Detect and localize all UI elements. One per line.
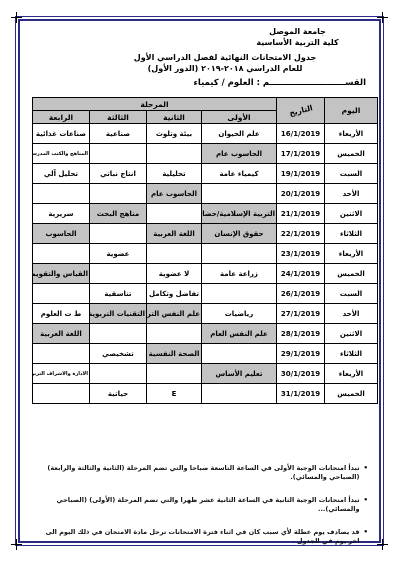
stage-group-header: المرحلة — [32, 98, 276, 111]
subject-cell: بيئة وتلوث — [147, 124, 202, 144]
date-cell: 30/1/2019 — [277, 364, 325, 384]
day-cell: السبت — [325, 284, 378, 304]
day-cell: الثلاثاء — [325, 224, 378, 244]
day-cell: الاثنين — [325, 204, 378, 224]
stage-header-first: الأولى — [202, 111, 277, 124]
schedule-title: جدول الامتحانات النهائية لفصل الدراسي ال… — [120, 52, 330, 63]
subject-cell: التقنيات التربوية — [90, 304, 147, 324]
exam-table-body: الأربعاء16/1/2019علم الحيوانبيئة وتلوثصن… — [32, 124, 377, 404]
subject-cell: الصحة النفسية — [147, 344, 202, 364]
subject-cell — [202, 184, 277, 204]
table-row: الأحد20/1/2019الحاسوب عام — [32, 184, 377, 204]
subject-cell: الحاسوب عام — [147, 184, 202, 204]
day-cell: الأربعاء — [325, 124, 378, 144]
subject-cell — [147, 364, 202, 384]
academic-year: للعام الدراسي ٢٠١٨-٢٠١٩ (الدور الأول) — [120, 63, 330, 74]
subject-cell: علم النفس العام — [202, 324, 277, 344]
subject-cell: حقوق الإنسان — [202, 224, 277, 244]
table-row: السبت19/1/2019كيمياء عامةتحليليةانتاج نب… — [32, 164, 377, 184]
subject-cell — [202, 244, 277, 264]
bullet-icon: • — [364, 496, 368, 505]
date-cell: 26/1/2019 — [277, 284, 325, 304]
subject-cell — [147, 204, 202, 224]
document-page: { "page": { "org_line1": "جامعة الموصل",… — [0, 0, 400, 566]
subject-cell: زراعة عامة — [202, 264, 277, 284]
stage-header-second: الثانية — [147, 111, 202, 124]
subject-cell: اللغة العربية — [147, 224, 202, 244]
note-item: • تبدأ امتحانات الوجبة الأولى في الساعة … — [34, 464, 368, 482]
department-line: القســــــــــــــــــــــــــم : العلوم… — [194, 78, 366, 88]
subject-cell: التربية الإسلامية/حضارة — [202, 204, 277, 224]
stage-header-third: الثالثة — [90, 111, 147, 124]
subject-cell: صناعات غذائية — [32, 124, 89, 144]
table-row: الأحد27/1/2019رياضياتعلم النفس التربويال… — [32, 304, 377, 324]
date-column-header: التاريخ — [277, 98, 325, 124]
day-cell: الأحد — [325, 304, 378, 324]
subject-cell: سريرية — [32, 204, 89, 224]
subject-cell: تناسقية — [90, 284, 147, 304]
bullet-icon: • — [364, 464, 368, 473]
note-text: قد يصادف يوم عطلة لأي سبب كان في اثناء ف… — [34, 528, 360, 546]
table-row: الخميس17/1/2019الحاسوب عامالمناهج والكتب… — [32, 144, 377, 164]
subject-cell — [147, 324, 202, 344]
subject-cell — [32, 284, 89, 304]
day-cell: الثلاثاء — [325, 344, 378, 364]
subject-cell — [90, 324, 147, 344]
subject-cell: رياضيات — [202, 304, 277, 324]
date-cell: 21/1/2019 — [277, 204, 325, 224]
date-cell: 19/1/2019 — [277, 164, 325, 184]
date-cell: 23/1/2019 — [277, 244, 325, 264]
day-cell: السبت — [325, 164, 378, 184]
footnotes: • تبدأ امتحانات الوجبة الأولى في الساعة … — [34, 464, 368, 560]
subject-cell — [32, 384, 89, 404]
note-item: • قد يصادف يوم عطلة لأي سبب كان في اثناء… — [34, 528, 368, 546]
corner-ornament-icon — [377, 539, 388, 550]
subject-cell: تشخيصي — [90, 344, 147, 364]
subject-cell: انتاج نباتي — [90, 164, 147, 184]
subject-cell — [90, 184, 147, 204]
subject-cell: ط ت العلوم — [32, 304, 89, 324]
table-row: الاثنين21/1/2019التربية الإسلامية/حضارةم… — [32, 204, 377, 224]
subject-cell — [202, 284, 277, 304]
subject-cell — [202, 344, 277, 364]
corner-ornament-icon — [11, 539, 22, 550]
stage-header-fourth: الرابعة — [32, 111, 89, 124]
table-header: اليوم التاريخ المرحلة الأولى الثانية الث… — [32, 98, 377, 124]
subject-cell — [90, 144, 147, 164]
date-cell: 22/1/2019 — [277, 224, 325, 244]
subject-cell: المناهج والكتب المدرسية — [32, 144, 89, 164]
subject-cell: تعليم الأساس — [202, 364, 277, 384]
table-row: الأربعاء30/1/2019تعليم الأساسالادارة وال… — [32, 364, 377, 384]
day-cell: الأحد — [325, 184, 378, 204]
subject-cell: الحاسوب عام — [202, 144, 277, 164]
university-name: جامعة الموصل — [225, 26, 370, 37]
note-text: تبدأ امتحانات الوجبة الثانية في الساعة ا… — [34, 496, 360, 514]
document-title: جدول الامتحانات النهائية لفصل الدراسي ال… — [120, 52, 330, 74]
subject-cell: مناهج البحث — [90, 204, 147, 224]
table-row: الاثنين28/1/2019علم النفس العاماللغة الع… — [32, 324, 377, 344]
note-item: • تبدأ امتحانات الوجبة الثانية في الساعة… — [34, 496, 368, 514]
corner-ornament-icon — [377, 12, 388, 23]
date-cell: 20/1/2019 — [277, 184, 325, 204]
subject-cell: القياس والتقويم — [32, 264, 89, 284]
subject-cell — [202, 384, 277, 404]
college-name: كلية التربية الأساسية — [225, 37, 370, 48]
subject-cell — [147, 144, 202, 164]
date-cell: 27/1/2019 — [277, 304, 325, 324]
table-row: السبت26/1/2019تفاضل وتكاملتناسقية — [32, 284, 377, 304]
table-row: الأربعاء23/1/2019عضوية — [32, 244, 377, 264]
date-cell: 29/1/2019 — [277, 344, 325, 364]
subject-cell: لا عضوية — [147, 264, 202, 284]
subject-cell — [32, 344, 89, 364]
day-cell: الخميس — [325, 264, 378, 284]
subject-cell: حياتية — [90, 384, 147, 404]
day-cell: الخميس — [325, 384, 378, 404]
day-cell: الأربعاء — [325, 364, 378, 384]
subject-cell: تحليلية — [147, 164, 202, 184]
subject-cell: الادارة والاشراف التربوي — [32, 364, 89, 384]
date-header-label: التاريخ — [288, 103, 313, 117]
subject-cell — [32, 244, 89, 264]
subject-cell: عضوية — [90, 244, 147, 264]
table-row: الخميس31/1/2019Eحياتية — [32, 384, 377, 404]
subject-cell: تفاضل وتكامل — [147, 284, 202, 304]
corner-ornament-icon — [11, 12, 22, 23]
date-cell: 28/1/2019 — [277, 324, 325, 344]
subject-cell: تحليل آلي — [32, 164, 89, 184]
subject-cell: اللغة العربية — [32, 324, 89, 344]
subject-cell: E — [147, 384, 202, 404]
date-cell: 17/1/2019 — [277, 144, 325, 164]
subject-cell — [32, 184, 89, 204]
day-cell: الخميس — [325, 144, 378, 164]
table-row: الأربعاء16/1/2019علم الحيوانبيئة وتلوثصن… — [32, 124, 377, 144]
table-row: الثلاثاء29/1/2019الصحة النفسيةتشخيصي — [32, 344, 377, 364]
date-cell: 16/1/2019 — [277, 124, 325, 144]
subject-cell: صناعية — [90, 124, 147, 144]
table-row: الثلاثاء22/1/2019حقوق الإنساناللغة العرب… — [32, 224, 377, 244]
day-column-header: اليوم — [325, 98, 378, 124]
subject-cell: علم النفس التربوي — [147, 304, 202, 324]
subject-cell: الحاسوب — [32, 224, 89, 244]
subject-cell — [90, 364, 147, 384]
subject-cell: كيمياء عامة — [202, 164, 277, 184]
subject-cell: علم الحيوان — [202, 124, 277, 144]
subject-cell — [90, 264, 147, 284]
exam-schedule-table: اليوم التاريخ المرحلة الأولى الثانية الث… — [32, 97, 378, 404]
date-cell: 31/1/2019 — [277, 384, 325, 404]
date-cell: 24/1/2019 — [277, 264, 325, 284]
bullet-icon: • — [364, 528, 368, 537]
subject-cell — [90, 224, 147, 244]
day-cell: الاثنين — [325, 324, 378, 344]
subject-cell — [147, 244, 202, 264]
day-cell: الأربعاء — [325, 244, 378, 264]
organization-header: جامعة الموصل كلية التربية الأساسية — [225, 26, 370, 48]
table-row: الخميس24/1/2019زراعة عامةلا عضويةالقياس … — [32, 264, 377, 284]
note-text: تبدأ امتحانات الوجبة الأولى في الساعة ال… — [34, 464, 360, 482]
